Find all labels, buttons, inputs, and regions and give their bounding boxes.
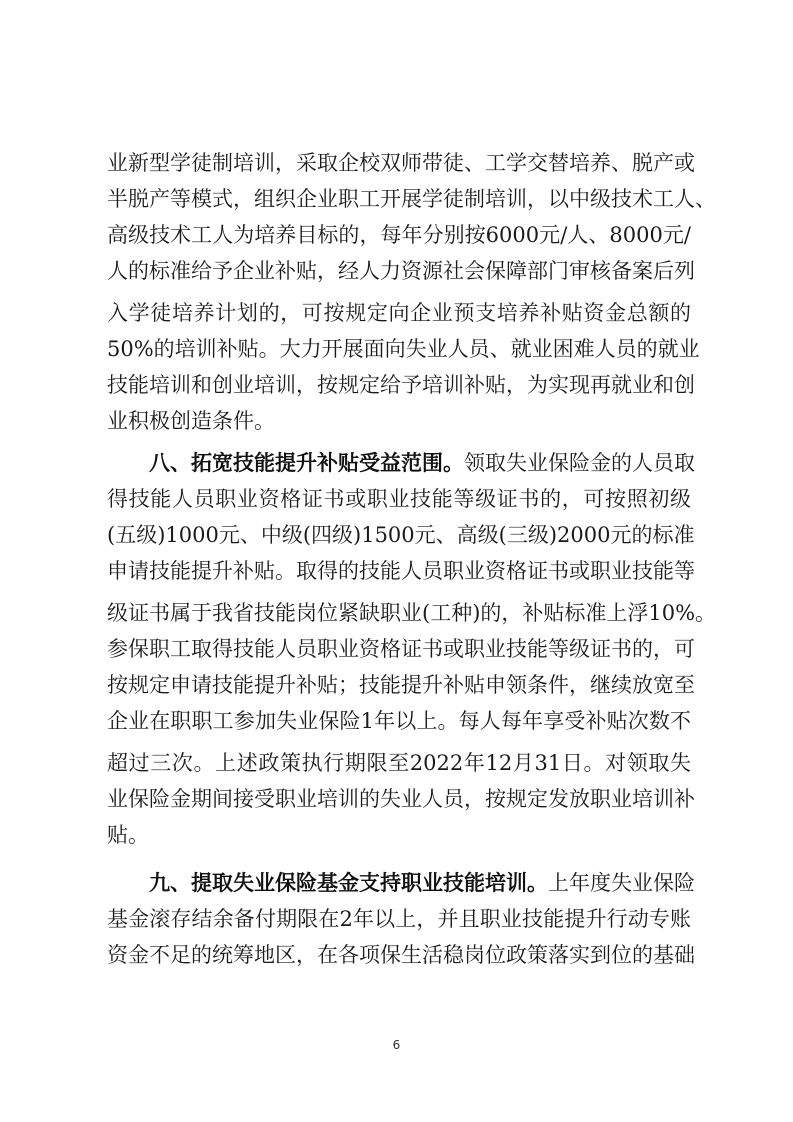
body-text-line: (五级)1000元、中级(四级)1500元、高级(三级)2000元的标准 — [107, 517, 691, 553]
body-text-line: 半脱产等模式，组织企业职工开展学徒制培训，以中级技术工人、 — [107, 181, 691, 217]
body-text-line: 50%的培训补贴。大力开展面向失业人员、就业困难人员的就业 — [107, 331, 691, 367]
body-text-line: 业保险金期间接受职业培训的失业人员，按规定发放职业培训补 — [107, 781, 691, 817]
body-text-line: 企业在职职工参加失业保险1年以上。每人每年享受补贴次数不 — [107, 703, 691, 739]
body-text-line: 参保职工取得技能人员职业资格证书或职业技能等级证书的，可 — [107, 631, 691, 667]
body-text-line: 技能培训和创业培训，按规定给予培训补贴，为实现再就业和创 — [107, 367, 691, 403]
page-number: 6 — [0, 1038, 793, 1052]
section-9-first-line-text: 上年度失业保险 — [548, 871, 695, 895]
body-text-line: 入学徒培养计划的，可按规定向企业预支培养补贴资金总额的 — [107, 295, 691, 331]
body-text-line: 业新型学徒制培训，采取企校双师带徒、工学交替培养、脱产或 — [107, 145, 691, 181]
body-text-line: 申请技能提升补贴。取得的技能人员职业资格证书或职业技能等 — [107, 553, 691, 589]
section-8-first-line-text: 领取失业保险金的人员取 — [464, 451, 695, 475]
section-9-first-line: 九、提取失业保险基金支持职业技能培训。上年度失业保险 — [149, 865, 691, 901]
body-text-line: 得技能人员职业资格证书或职业技能等级证书的，可按照初级 — [107, 481, 691, 517]
body-text-line: 贴。 — [107, 817, 691, 853]
body-text-line: 资金不足的统筹地区，在各项保生活稳岗位政策落实到位的基础 — [107, 937, 691, 973]
body-text-line: 业积极创造条件。 — [107, 403, 691, 439]
section-8-heading: 八、拓宽技能提升补贴受益范围。 — [149, 451, 464, 475]
body-text-line: 人的标准给予企业补贴，经人力资源社会保障部门审核备案后列 — [107, 253, 691, 289]
body-text-line: 超过三次。上述政策执行期限至2022年12月31日。对领取失 — [107, 745, 691, 781]
section-8-first-line: 八、拓宽技能提升补贴受益范围。领取失业保险金的人员取 — [149, 445, 691, 481]
document-page: 业新型学徒制培训，采取企校双师带徒、工学交替培养、脱产或 半脱产等模式，组织企业… — [0, 0, 793, 1122]
body-text-line: 基金滚存结余备付期限在2年以上，并且职业技能提升行动专账 — [107, 901, 691, 937]
body-text-line: 级证书属于我省技能岗位紧缺职业(工种)的，补贴标准上浮10%。 — [107, 595, 691, 631]
body-text-line: 按规定申请技能提升补贴；技能提升补贴申领条件，继续放宽至 — [107, 667, 691, 703]
section-9-heading: 九、提取失业保险基金支持职业技能培训。 — [149, 871, 548, 895]
body-text-line: 高级技术工人为培养目标的，每年分别按6000元/人、8000元/ — [107, 217, 691, 253]
